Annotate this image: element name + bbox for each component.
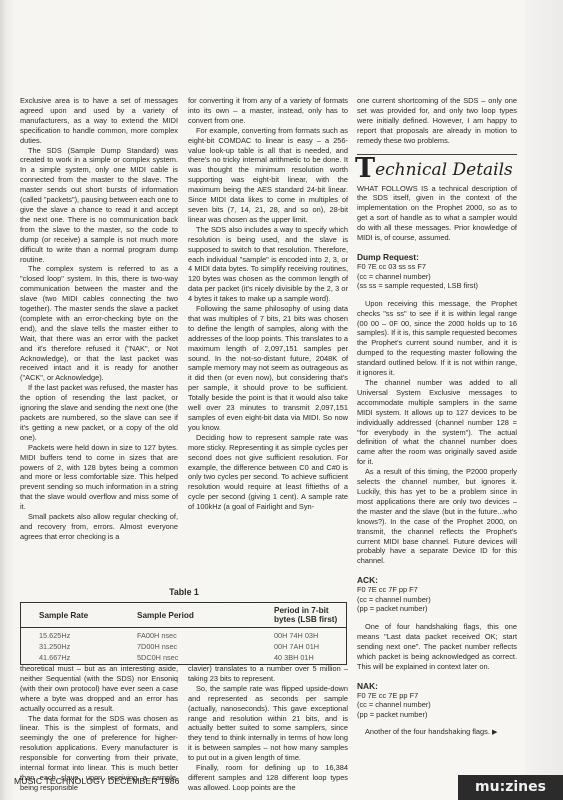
table-row: 15.625Hz FA00H nsec 00H 74H 03H (21, 628, 347, 642)
nak-title: NAK: (357, 681, 517, 691)
drop-initial: T (355, 153, 375, 184)
column-1: Exclusive area is to have a set of messa… (20, 96, 178, 542)
dump-request-title: Dump Request: (357, 252, 517, 262)
table-cell: 5DC0H nsec (123, 652, 236, 665)
table-cell: 41.667Hz (21, 652, 124, 665)
code-line: F0 7E cc 03 ss ss F7 (357, 262, 517, 272)
paragraph: Packets were held down in size to 127 by… (20, 443, 178, 512)
table-header-row: Sample Rate Sample Period Period in 7-bi… (21, 603, 347, 628)
paragraph: Following the same philosophy of using d… (188, 304, 348, 433)
code-line: F0 7E cc 7F pp F7 (357, 585, 517, 595)
table-row: 31.250Hz 7D00H nsec 00H 7AH 01H (21, 641, 347, 652)
code-line: (cc = channel number) (357, 595, 517, 605)
code-line: (ss ss = sample requested, LSB first) (357, 281, 517, 291)
muzines-logo[interactable]: mu:zines (458, 775, 563, 800)
table-cell: 7D00H nsec (123, 641, 236, 652)
sample-rate-table: Sample Rate Sample Period Period in 7-bi… (20, 602, 347, 665)
column-header: Period in 7-bit bytes (LSB first) (236, 603, 347, 628)
column-1-lower: theoretical must – but as an interesting… (20, 664, 178, 793)
paragraph: Deciding how to represent sample rate wa… (188, 433, 348, 512)
paragraph: Upon receiving this message, the Prophet… (357, 299, 517, 378)
paragraph: The SDS (Sample Dump Standard) was creat… (20, 146, 178, 265)
paragraph: For example, converting from formats suc… (188, 126, 348, 225)
nak-code: F0 7E cc 7E pp F7 (cc = channel number) … (357, 691, 517, 720)
paragraph: One of four handshaking flags, this one … (357, 622, 517, 672)
page-footer: MUSIC TECHNOLOGY DECEMBER 1986 (14, 776, 180, 786)
table-cell: 00H 74H 03H (236, 628, 347, 642)
code-line: F0 7E cc 7E pp F7 (357, 691, 517, 701)
section-intro: WHAT FOLLOWS IS a technical description … (357, 184, 517, 243)
table-row: 41.667Hz 5DC0H nsec 40 3BH 01H (21, 652, 347, 665)
column-header: Sample Period (123, 603, 236, 628)
table-cell: 00H 7AH 01H (236, 641, 347, 652)
column-2: for converting it from any of a variety … (188, 96, 348, 512)
paragraph: The complex system is referred to as a "… (20, 264, 178, 383)
paragraph: The channel number was added to all Univ… (357, 378, 517, 467)
column-3: one current shortcoming of the SDS – onl… (357, 96, 517, 738)
paragraph: theoretical must – but as an interesting… (20, 664, 178, 714)
continue-arrow-icon: ▶ (492, 729, 497, 736)
section-divider (357, 154, 517, 155)
code-line: (cc = channel number) (357, 272, 517, 282)
paragraph: The SDS also includes a way to specify w… (188, 225, 348, 304)
paragraph: Another of the four handshaking flags. ▶ (357, 727, 517, 738)
paragraph: Exclusive area is to have a set of messa… (20, 96, 178, 146)
ack-code: F0 7E cc 7F pp F7 (cc = channel number) … (357, 585, 517, 614)
paragraph: Small packets also allow regular checkin… (20, 512, 178, 542)
code-line: (pp = packet number) (357, 710, 517, 720)
paragraph: If the last packet was refused, the mast… (20, 383, 178, 442)
code-line: (cc = channel number) (357, 700, 517, 710)
nak-body: Another of the four handshaking flags. (365, 727, 490, 736)
table-cell: 40 3BH 01H (236, 652, 347, 665)
section-heading: Technical Details (355, 158, 517, 181)
heading-text: echnical Details (375, 160, 513, 180)
paragraph: So, the sample rate was flipped upside-d… (188, 684, 348, 763)
paragraph: As a result of this timing, the P2000 pr… (357, 467, 517, 566)
code-line: (pp = packet number) (357, 604, 517, 614)
dump-request-code: F0 7E cc 03 ss ss F7 (cc = channel numbe… (357, 262, 517, 291)
paragraph: Finally, room for defining up to 16,384 … (188, 763, 348, 793)
page-edge (525, 0, 563, 800)
table-cell: 15.625Hz (21, 628, 124, 642)
paragraph: one current shortcoming of the SDS – onl… (357, 96, 517, 146)
table-cell: 31.250Hz (21, 641, 124, 652)
table-caption: Table 1 (0, 587, 368, 597)
paragraph: clavier) translates to a number over 5 m… (188, 664, 348, 684)
paragraph: for converting it from any of a variety … (188, 96, 348, 126)
column-header: Sample Rate (21, 603, 124, 628)
ack-title: ACK: (357, 575, 517, 585)
column-2-lower: clavier) translates to a number over 5 m… (188, 664, 348, 793)
table-cell: FA00H nsec (123, 628, 236, 642)
